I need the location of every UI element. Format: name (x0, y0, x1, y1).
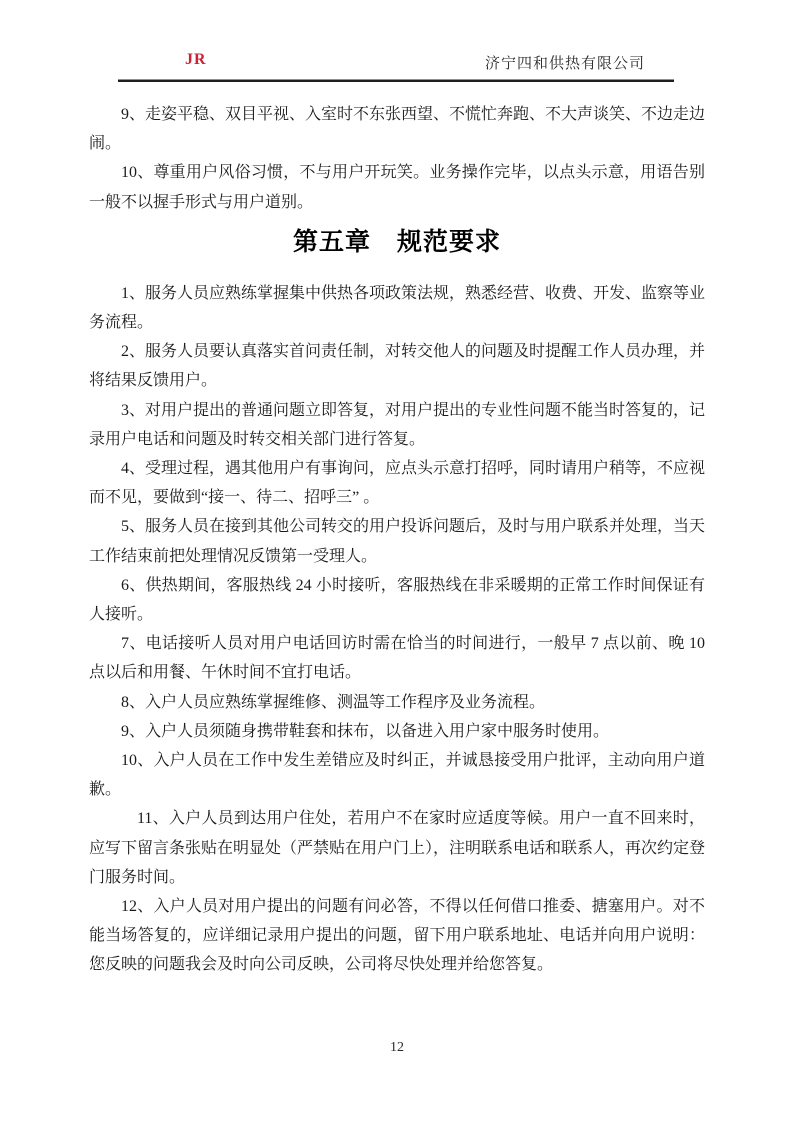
paragraph-rule-9: 9、入户人员须随身携带鞋套和抹布，以备进入用户家中服务时使用。 (89, 717, 705, 746)
paragraph-rule-5: 5、服务人员在接到其他公司转交的用户投诉问题后，及时与用户联系并处理，当天工作结… (89, 512, 705, 570)
paragraph-item-10: 10、尊重用户风俗习惯，不与用户开玩笑。业务操作完毕，以点头示意，用语告别一般不… (89, 158, 705, 216)
paragraph-rule-6: 6、供热期间，客服热线 24 小时接听，客服热线在非采暖期的正常工作时间保证有人… (89, 571, 705, 629)
chapter-heading: 第五章 规范要求 (89, 224, 705, 260)
paragraph-rule-4: 4、受理过程，遇其他用户有事询问，应点头示意打招呼，同时请用户稍等，不应视而不见… (89, 454, 705, 512)
company-logo: JR (185, 51, 207, 69)
paragraph-rule-10: 10、入户人员在工作中发生差错应及时纠正，并诚恳接受用户批评，主动向用户道歉。 (89, 746, 705, 804)
paragraph-rule-12: 12、入户人员对用户提出的问题有问必答，不得以任何借口推委、搪塞用户。对不能当场… (89, 892, 705, 980)
document-page: JR 济宁四和供热有限公司 9、走姿平稳、双目平视、入室时不东张西望、不慌忙奔跑… (0, 0, 794, 1123)
paragraph-rule-8: 8、入户人员应熟练掌握维修、测温等工作程序及业务流程。 (89, 688, 705, 717)
header-company-name: 济宁四和供热有限公司 (485, 52, 645, 73)
paragraph-rule-3: 3、对用户提出的普通问题立即答复，对用户提出的专业性问题不能当时答复的，记录用户… (89, 396, 705, 454)
paragraph-rule-1: 1、服务人员应熟练掌握集中供热各项政策法规，熟悉经营、收费、开发、监察等业务流程… (89, 279, 705, 337)
header-rule (118, 79, 674, 82)
page-number: 12 (0, 1040, 794, 1056)
paragraph-rule-7: 7、电话接听人员对用户电话回访时需在恰当的时间进行，一般早 7 点以前、晚 10… (89, 629, 705, 687)
paragraph-rule-2: 2、服务人员要认真落实首问责任制，对转交他人的问题及时提醒工作人员办理，并将结果… (89, 337, 705, 395)
paragraph-item-9: 9、走姿平稳、双目平视、入室时不东张西望、不慌忙奔跑、不大声谈笑、不边走边闹。 (89, 100, 705, 158)
document-body: 9、走姿平稳、双目平视、入室时不东张西望、不慌忙奔跑、不大声谈笑、不边走边闹。 … (89, 100, 705, 980)
paragraph-rule-11: 11、入户人员到达用户住处，若用户不在家时应适度等候。用户一直不回来时，应写下留… (89, 804, 705, 892)
